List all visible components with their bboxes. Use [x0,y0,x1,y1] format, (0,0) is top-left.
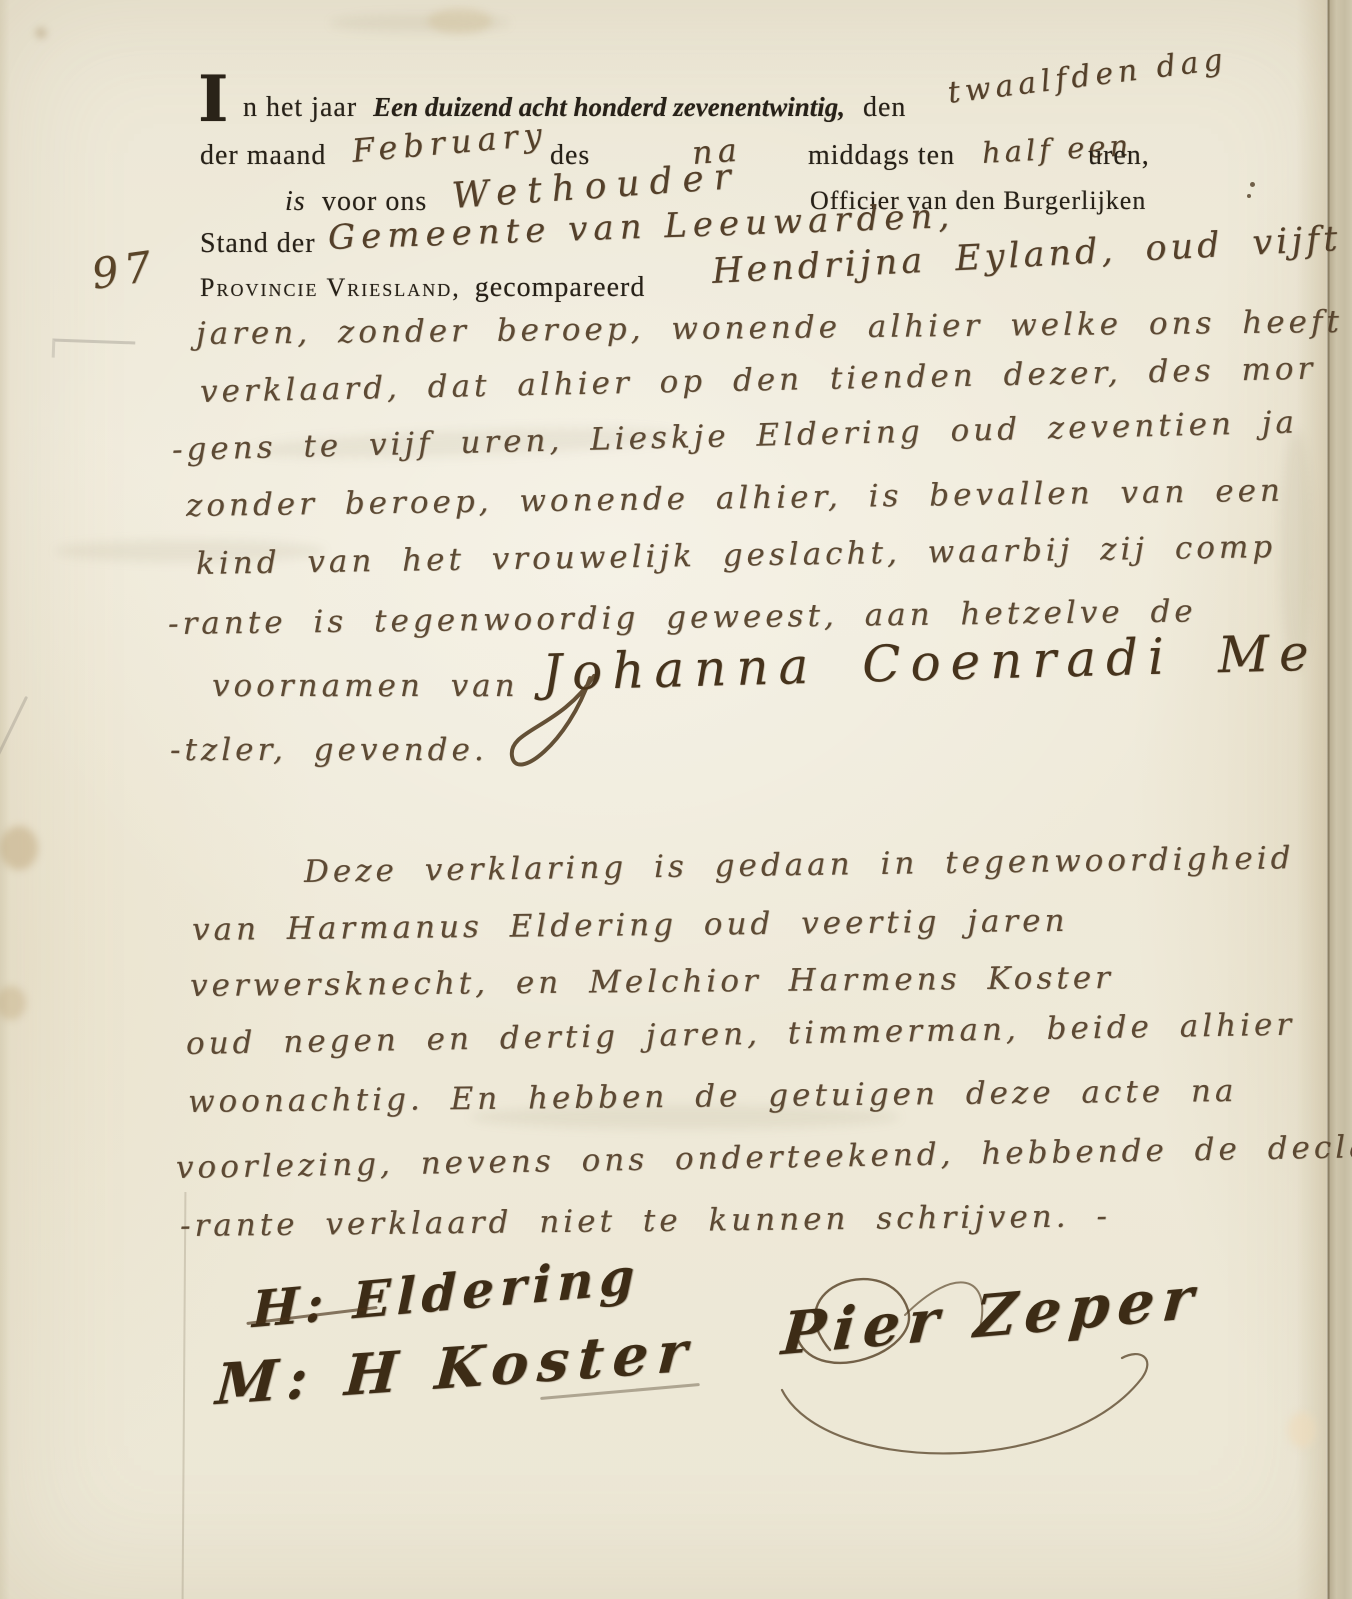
body-line: oud negen en dertig jaren, timmerman, be… [186,1007,1296,1062]
foxing-stain [36,28,46,38]
body-line: voorlezing, nevens ons onderteekend, heb… [176,1129,1352,1186]
printed-text: den [863,92,906,123]
body-line: zonder beroep, wonende alhier, is bevall… [186,473,1284,524]
printed-is: is [285,186,306,218]
ink-dot [1247,194,1251,198]
printed-uren: uren, [1088,140,1150,172]
foxing-stain [1288,1412,1316,1448]
printed-stand-der: Stand der [200,228,316,260]
printed-provincie: Provincie Vriesland, gecompareerd [200,272,645,304]
fold-line [182,1192,187,1599]
printed-line1: n het jaar Een duizend acht honderd zeve… [243,92,906,124]
body-line: van Harmanus Eldering oud veertig jaren [192,903,1069,948]
body-line: jaren, zonder beroep, wonende alhier wel… [196,304,1343,352]
printed-gecompareerd: gecompareerd [475,272,646,303]
ink-dot [1250,182,1255,187]
printed-text: n het jaar [243,92,357,123]
foxing-stain [0,986,26,1020]
printed-middags-ten: middags ten [808,140,955,172]
printed-der-maand: der maand [200,140,326,172]
signature-witness1: H: Eldering [251,1246,640,1339]
body-line: woonachtig. En hebben de getuigen deze a… [188,1073,1238,1120]
body-line: verklaard, dat alhier op den tienden dez… [200,351,1317,410]
name-prefix: voornamen van [212,668,519,704]
j-descender-flourish [498,648,668,798]
pencil-bracket [52,339,136,361]
printed-provincie-name: Provincie Vriesland, [200,273,461,302]
document-scan-page: 97 I n het jaar Een duizend acht honderd… [0,0,1352,1599]
handwritten-day: twaalfden dag [946,42,1229,111]
foxing-stain [0,826,38,870]
body-line: Deze verklaring is gedaan in tegenwoordi… [304,840,1295,890]
name-continuation: -tzler, gevende. [170,732,488,768]
foxing-stain [428,8,492,34]
printed-voor-ons: voor ons [322,186,427,218]
body-line: kind van het vrouwelijk geslacht, waarbi… [196,529,1277,582]
act-number: 97 [89,241,161,299]
body-line: -rante verklaard niet te kunnen schrijve… [180,1198,1111,1244]
body-line: verwersknecht, en Melchior Harmens Koste… [190,960,1114,1004]
left-paper-edge [0,0,10,1599]
body-line: -gens te vijf uren, Lieskje Eldering oud… [172,404,1299,468]
ornate-initial: I [198,62,228,137]
printed-year: Een duizend acht honderd zevenentwintig, [373,92,845,122]
